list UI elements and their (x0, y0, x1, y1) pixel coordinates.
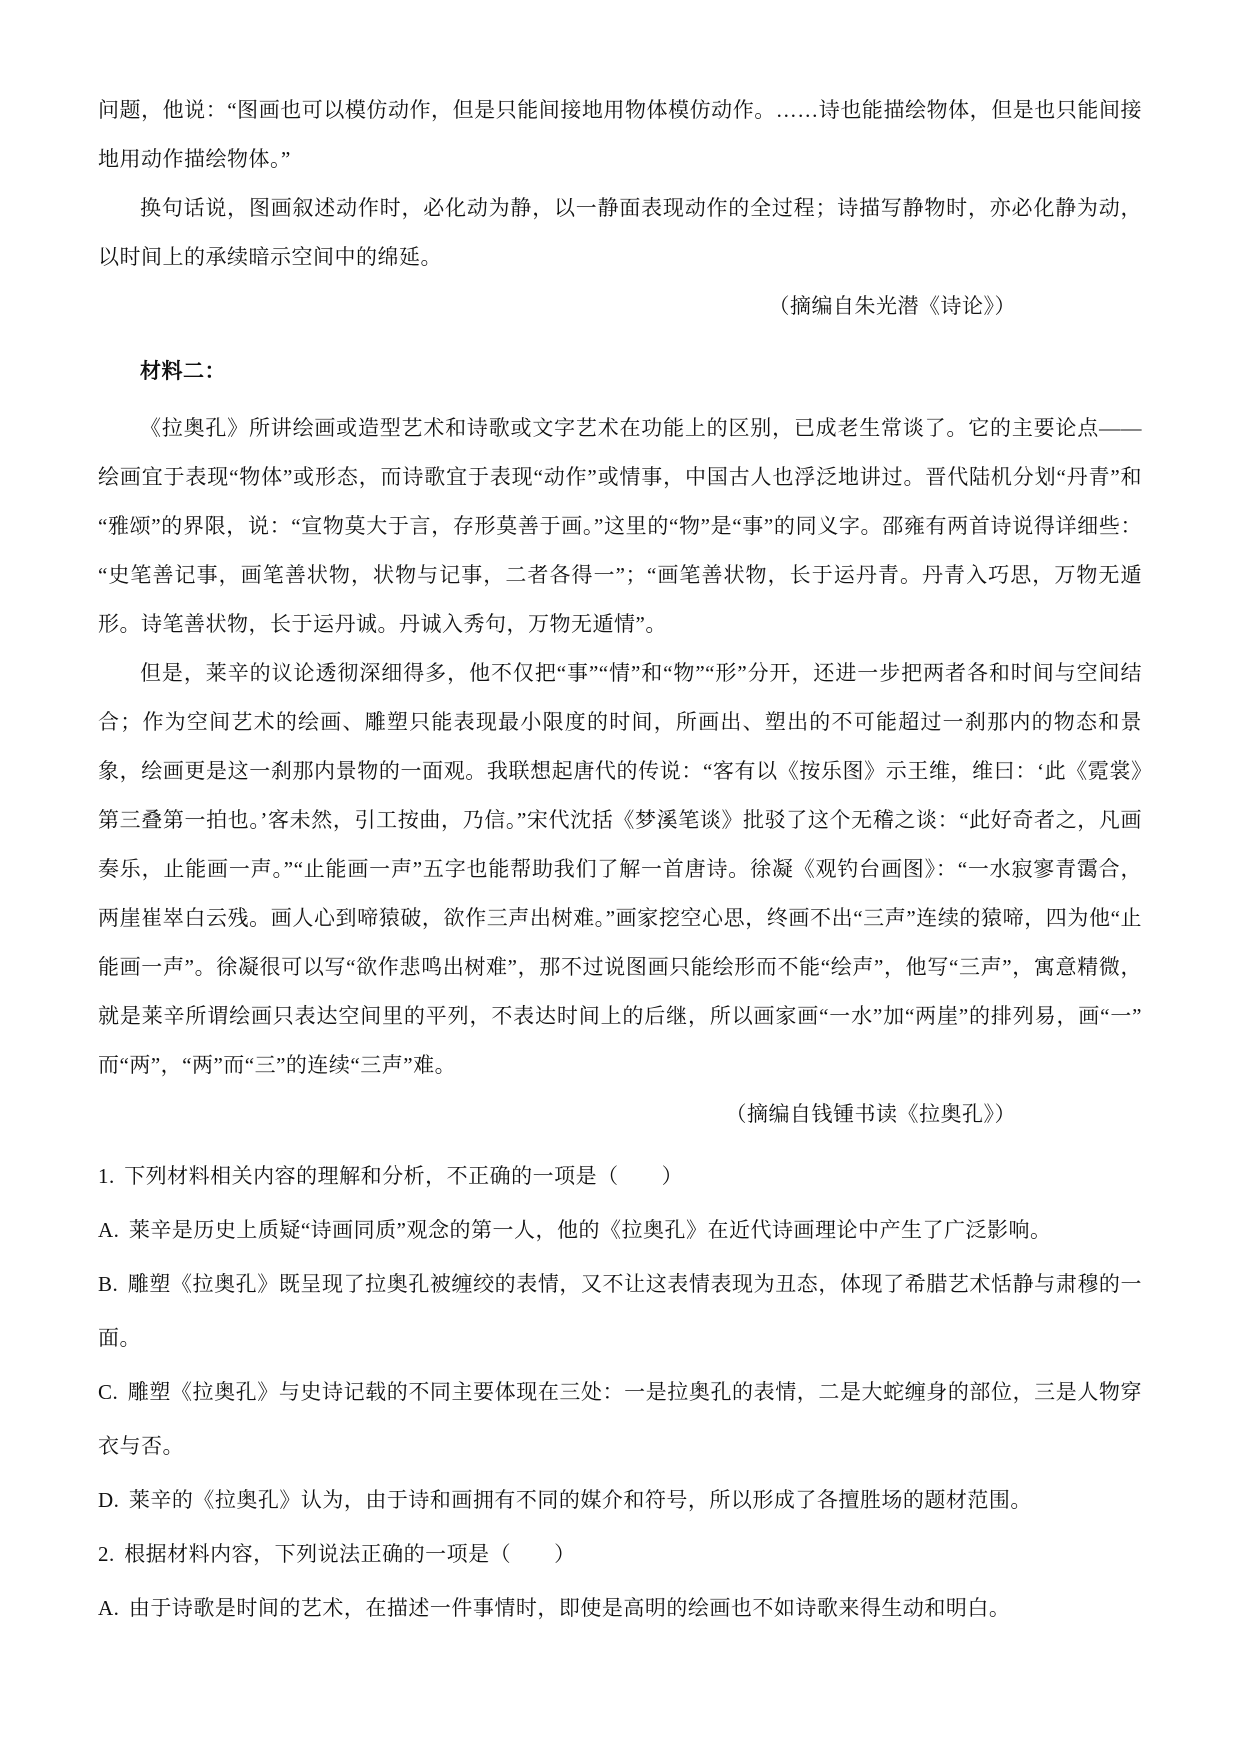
question-1-option-d-label: D. (98, 1488, 119, 1512)
questions-section: 1.下列材料相关内容的理解和分析，不正确的一项是（ ） A.莱辛是历史上质疑“诗… (98, 1149, 1142, 1635)
question-1-option-b-label: B. (98, 1272, 118, 1296)
passage-paragraph: 换句话说，图画叙述动作时，必化动为静，以一静面表现动作的全过程；诗描写静物时，亦… (98, 184, 1142, 282)
passage-continuation-paragraph: 问题，他说：“图画也可以模仿动作，但是只能间接地用物体模仿动作。……诗也能描绘物… (98, 86, 1142, 184)
question-1-stem-text: 下列材料相关内容的理解和分析，不正确的一项是（ ） (124, 1164, 683, 1188)
page-content: 问题，他说：“图画也可以模仿动作，但是只能间接地用物体模仿动作。……诗也能描绘物… (98, 0, 1142, 1635)
question-2-option-a-text: 由于诗歌是时间的艺术，在描述一件事情时，即使是高明的绘画也不如诗歌来得生动和明白… (129, 1596, 1011, 1620)
question-2-stem: 2.根据材料内容，下列说法正确的一项是（ ） (98, 1527, 1142, 1581)
question-2-option-a-label: A. (98, 1596, 119, 1620)
source-attribution-material-one: （摘编自朱光潜《诗论》） (98, 282, 1142, 331)
question-2-number: 2. (98, 1542, 115, 1566)
question-1-option-a-text: 莱辛是历史上质疑“诗画同质”观念的第一人，他的《拉奥孔》在近代诗画理论中产生了广… (129, 1218, 1052, 1242)
question-2-stem-text: 根据材料内容，下列说法正确的一项是（ ） (124, 1542, 576, 1566)
question-1-option-d: D.莱辛的《拉奥孔》认为，由于诗和画拥有不同的媒介和符号，所以形成了各擅胜场的题… (98, 1473, 1142, 1527)
question-1-option-a-label: A. (98, 1218, 119, 1242)
document-page: 问题，他说：“图画也可以模仿动作，但是只能间接地用物体模仿动作。……诗也能描绘物… (0, 0, 1240, 1754)
question-1-option-b-text: 雕塑《拉奥孔》既呈现了拉奥孔被缠绞的表情，又不让这表情表现为丑态，体现了希腊艺术… (98, 1272, 1142, 1350)
question-1-option-a: A.莱辛是历史上质疑“诗画同质”观念的第一人，他的《拉奥孔》在近代诗画理论中产生… (98, 1203, 1142, 1257)
question-1-option-c-text: 雕塑《拉奥孔》与史诗记载的不同主要体现在三处：一是拉奥孔的表情，二是大蛇缠身的部… (98, 1380, 1142, 1458)
question-1-number: 1. (98, 1164, 115, 1188)
passage-paragraph: 《拉奥孔》所讲绘画或造型艺术和诗歌或文字艺术在功能上的区别，已成老生常谈了。它的… (98, 404, 1142, 649)
question-1-option-c-label: C. (98, 1380, 118, 1404)
source-attribution-material-two: （摘编自钱锺书读《拉奥孔》） (98, 1090, 1142, 1139)
question-1-option-c: C.雕塑《拉奥孔》与史诗记载的不同主要体现在三处：一是拉奥孔的表情，二是大蛇缠身… (98, 1365, 1142, 1473)
question-1-option-d-text: 莱辛的《拉奥孔》认为，由于诗和画拥有不同的媒介和符号，所以形成了各擅胜场的题材范… (129, 1488, 1032, 1512)
material-two-heading: 材料二： (98, 347, 1142, 396)
question-1-option-b: B.雕塑《拉奥孔》既呈现了拉奥孔被缠绞的表情，又不让这表情表现为丑态，体现了希腊… (98, 1257, 1142, 1365)
passage-paragraph: 但是，莱辛的议论透彻深细得多，他不仅把“事”“情”和“物”“形”分开，还进一步把… (98, 649, 1142, 1090)
question-2-option-a: A.由于诗歌是时间的艺术，在描述一件事情时，即使是高明的绘画也不如诗歌来得生动和… (98, 1581, 1142, 1635)
question-1-stem: 1.下列材料相关内容的理解和分析，不正确的一项是（ ） (98, 1149, 1142, 1203)
